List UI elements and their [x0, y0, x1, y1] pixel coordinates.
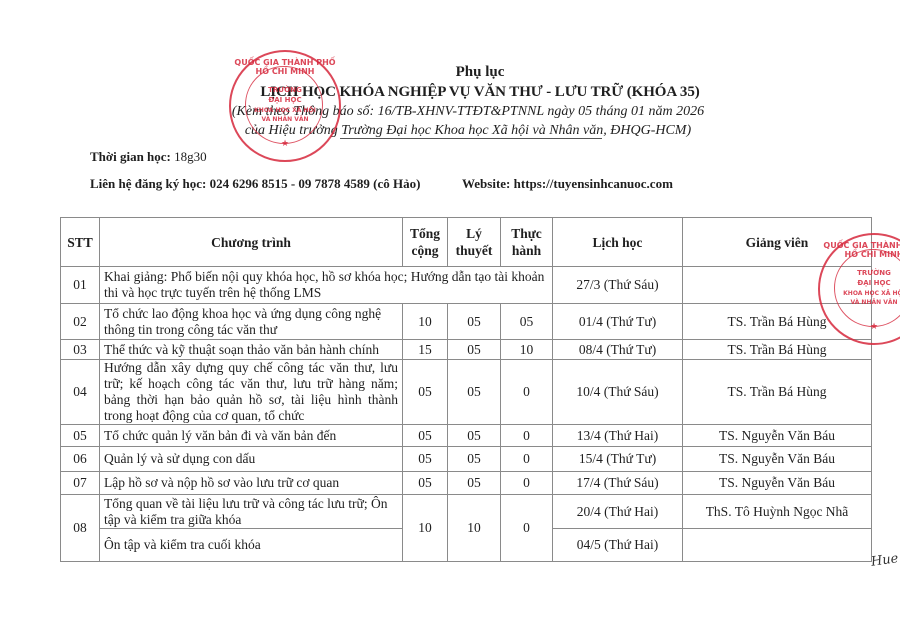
cell-schedule: 20/4 (Thứ Hai): [553, 495, 683, 529]
cell-program: Hướng dẫn xây dựng quy chế công tác văn …: [100, 360, 403, 425]
header-total: Tổng cộng: [403, 218, 448, 267]
cell-program: Thể thức và kỹ thuật soạn thảo văn bản h…: [100, 340, 403, 360]
cell-total: 10: [403, 495, 448, 562]
cell-program: Ôn tập và kiểm tra cuối khóa: [100, 529, 403, 562]
cell-practice: 0: [501, 425, 553, 447]
cell-practice: 0: [501, 472, 553, 495]
cell-stt: 01: [61, 267, 100, 304]
cell-stt: 05: [61, 425, 100, 447]
cell-lecturer: TS. Nguyễn Văn Báu: [683, 425, 872, 447]
cell-schedule: 15/4 (Thứ Tư): [553, 447, 683, 472]
cell-theory: 05: [448, 340, 501, 360]
cell-lecturer: TS. Nguyễn Văn Báu: [683, 472, 872, 495]
table-row: 08 Tổng quan về tài liệu lưu trữ và công…: [61, 495, 872, 529]
cell-total: 15: [403, 340, 448, 360]
contact-label: Liên hệ đăng ký học:: [90, 176, 206, 191]
cell-theory: 10: [448, 495, 501, 562]
cell-program: Quản lý và sử dụng con dấu: [100, 447, 403, 472]
document-title: LỊCH HỌC KHÓA NGHIỆP VỤ VĂN THƯ - LƯU TR…: [240, 82, 720, 102]
cell-theory: 05: [448, 425, 501, 447]
cell-lecturer: ThS. Tô Huỳnh Ngọc Nhã: [683, 495, 872, 529]
cell-schedule: 01/4 (Thứ Tư): [553, 304, 683, 340]
cell-theory: 05: [448, 447, 501, 472]
website-line: Website: https://tuyensinhcanuoc.com: [462, 176, 673, 192]
header-schedule: Lịch học: [553, 218, 683, 267]
cell-schedule: 04/5 (Thứ Hai): [553, 529, 683, 562]
header-theory: Lý thuyết: [448, 218, 501, 267]
contact-value: 024 6296 8515 - 09 7878 4589 (cô Hảo): [210, 176, 421, 191]
cell-practice: 0: [501, 360, 553, 425]
cell-practice: 10: [501, 340, 553, 360]
cell-program: Khai giảng: Phổ biến nội quy khóa học, h…: [100, 267, 553, 304]
cell-theory: 05: [448, 472, 501, 495]
table-row: 06 Quản lý và sử dụng con dấu 05 05 0 15…: [61, 447, 872, 472]
cell-stt: 08: [61, 495, 100, 562]
subtitle-line-2: của Hiệu trưởng Trường Đại học Khoa học …: [228, 121, 708, 140]
table-row: 07 Lập hồ sơ và nộp hồ sơ vào lưu trữ cơ…: [61, 472, 872, 495]
table-row: 03 Thể thức và kỹ thuật soạn thảo văn bả…: [61, 340, 872, 360]
study-time-value: 18g30: [174, 149, 207, 164]
cell-total: 10: [403, 304, 448, 340]
cell-stt: 03: [61, 340, 100, 360]
cell-schedule: 17/4 (Thứ Sáu): [553, 472, 683, 495]
website-link[interactable]: https://tuyensinhcanuoc.com: [514, 176, 673, 191]
cell-schedule: 08/4 (Thứ Tư): [553, 340, 683, 360]
cell-program: Tổ chức quản lý văn bản đi và văn bản đế…: [100, 425, 403, 447]
cell-total: 05: [403, 472, 448, 495]
cell-practice: 0: [501, 495, 553, 562]
cell-stt: 02: [61, 304, 100, 340]
cell-lecturer: TS. Trần Bá Hùng: [683, 340, 872, 360]
table-row: 01 Khai giảng: Phổ biến nội quy khóa học…: [61, 267, 872, 304]
header-program: Chương trình: [100, 218, 403, 267]
table-row: 02 Tổ chức lao động khoa học và ứng dụng…: [61, 304, 872, 340]
table-row: 04 Hướng dẫn xây dựng quy chế công tác v…: [61, 360, 872, 425]
cell-total: 05: [403, 425, 448, 447]
cell-stt: 06: [61, 447, 100, 472]
cell-schedule: 13/4 (Thứ Hai): [553, 425, 683, 447]
title-block: Phụ lục LỊCH HỌC KHÓA NGHIỆP VỤ VĂN THƯ …: [220, 62, 700, 140]
cell-total: 05: [403, 447, 448, 472]
cell-stt: 07: [61, 472, 100, 495]
cell-stt: 04: [61, 360, 100, 425]
study-time-label: Thời gian học:: [90, 149, 171, 164]
schedule-table: STT Chương trình Tổng cộng Lý thuyết Thự…: [60, 217, 872, 562]
cell-schedule: 27/3 (Thứ Sáu): [553, 267, 683, 304]
table-header-row: STT Chương trình Tổng cộng Lý thuyết Thự…: [61, 218, 872, 267]
cell-program: Tổ chức lao động khoa học và ứng dụng cô…: [100, 304, 403, 340]
table-row: 05 Tổ chức quản lý văn bản đi và văn bản…: [61, 425, 872, 447]
cell-theory: 05: [448, 360, 501, 425]
cell-total: 05: [403, 360, 448, 425]
cell-theory: 05: [448, 304, 501, 340]
cell-lecturer: [683, 529, 872, 562]
appendix-label: Phụ lục: [240, 62, 720, 82]
header-practice: Thực hành: [501, 218, 553, 267]
cell-program: Tổng quan về tài liệu lưu trữ và công tá…: [100, 495, 403, 529]
cell-practice: 0: [501, 447, 553, 472]
handwritten-initials: Hue: [870, 551, 899, 570]
cell-program: Lập hồ sơ và nộp hồ sơ vào lưu trữ cơ qu…: [100, 472, 403, 495]
subtitle-line-1: (Kèm theo Thông báo số: 16/TB-XHNV-TTĐT&…: [228, 102, 708, 121]
website-label: Website:: [462, 176, 510, 191]
header-lecturer: Giảng viên: [683, 218, 872, 267]
document-page: Phụ lục LỊCH HỌC KHÓA NGHIỆP VỤ VĂN THƯ …: [0, 0, 900, 636]
cell-lecturer: [683, 267, 872, 304]
study-time: Thời gian học: 18g30: [90, 149, 207, 165]
cell-lecturer: TS. Nguyễn Văn Báu: [683, 447, 872, 472]
cell-lecturer: TS. Trần Bá Hùng: [683, 360, 872, 425]
cell-practice: 05: [501, 304, 553, 340]
contact-line: Liên hệ đăng ký học: 024 6296 8515 - 09 …: [90, 176, 420, 192]
header-stt: STT: [61, 218, 100, 267]
cell-schedule: 10/4 (Thứ Sáu): [553, 360, 683, 425]
cell-lecturer: TS. Trần Bá Hùng: [683, 304, 872, 340]
